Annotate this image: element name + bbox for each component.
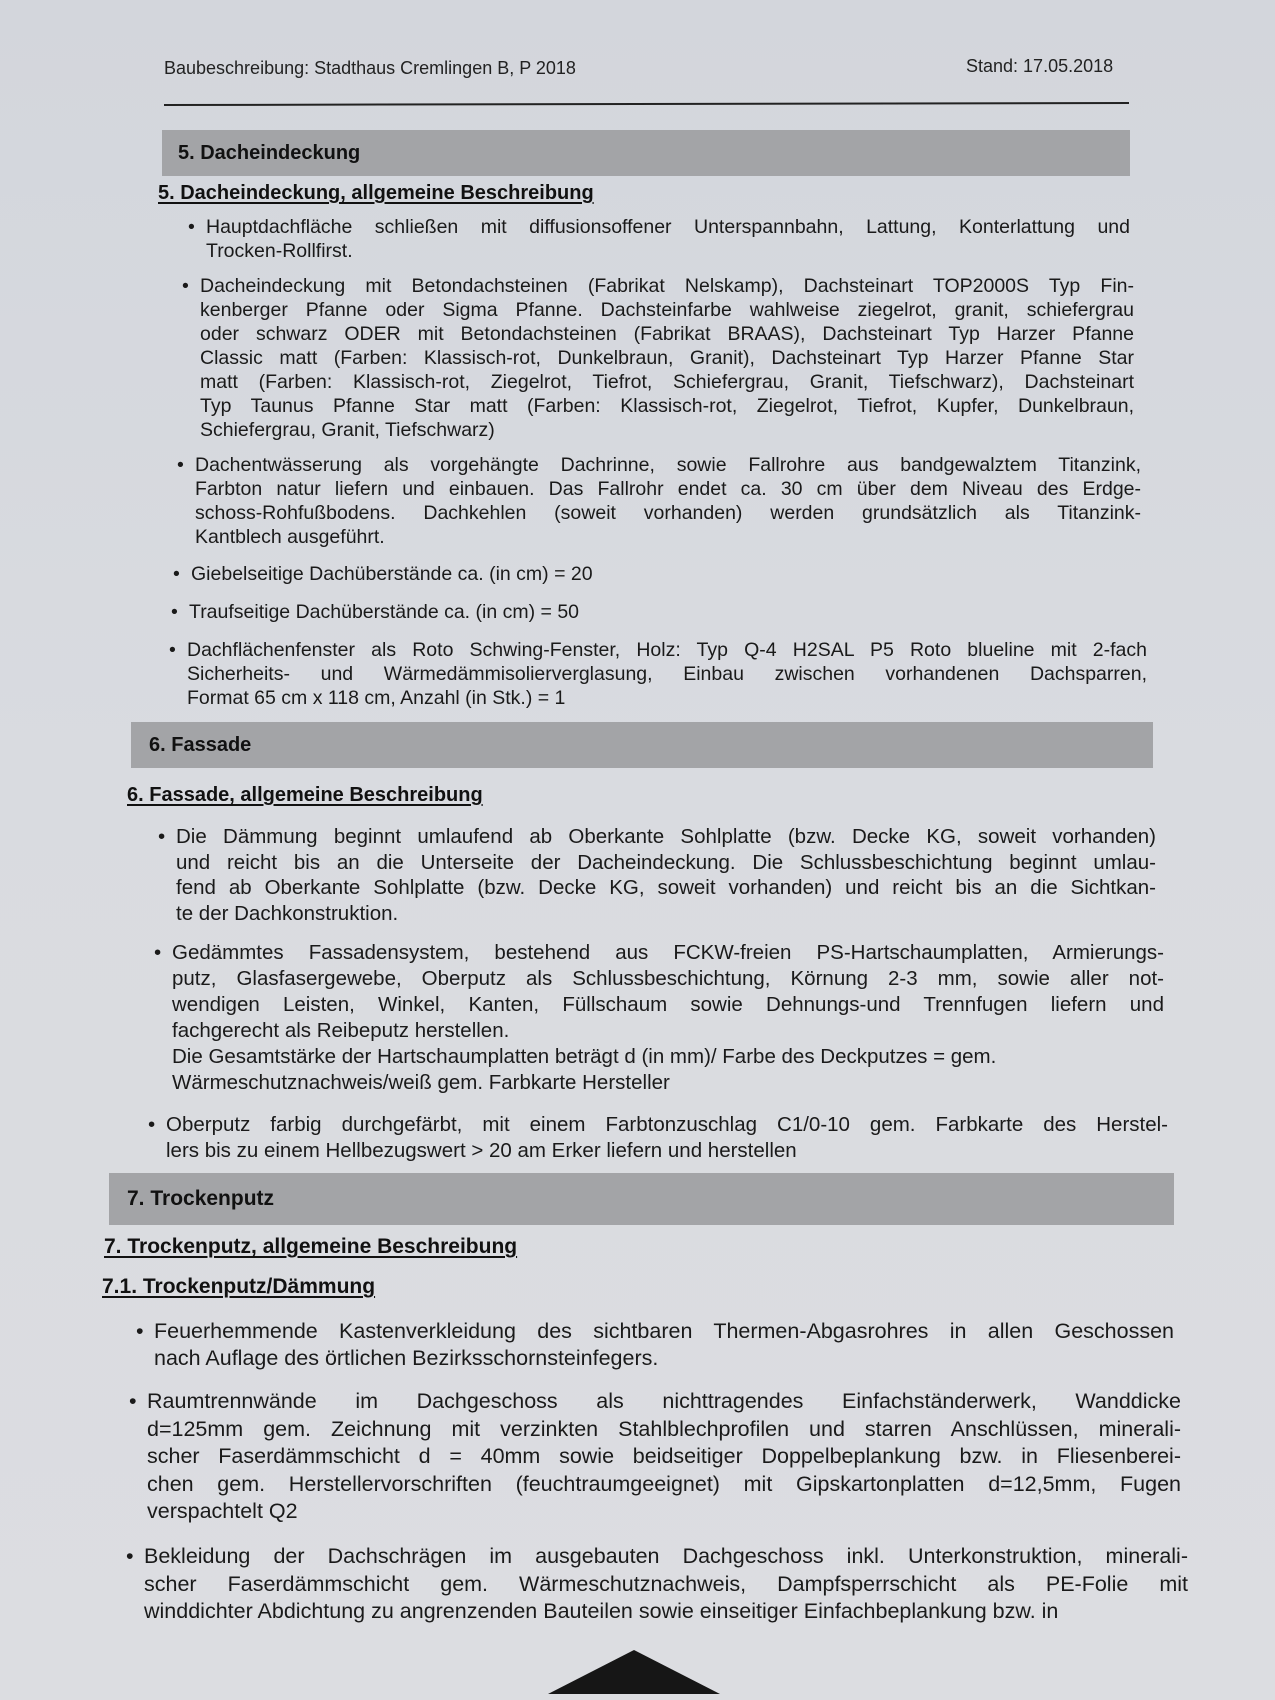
list-item-line: matt (Farben: Klassisch-rot, Ziegelrot, … xyxy=(200,370,1134,394)
list-item: •Gedämmtes Fassadensystem, bestehend aus… xyxy=(172,940,1164,1096)
bullet-icon: • xyxy=(129,1388,137,1416)
list-item-line: verspachtelt Q2 xyxy=(147,1498,1181,1526)
bullet-icon: • xyxy=(126,1543,134,1571)
list-item: •Traufseitige Dachüberstände ca. (in cm)… xyxy=(189,600,1129,624)
bullet-icon: • xyxy=(169,638,176,662)
section-title: 6. Fassade xyxy=(149,734,251,757)
list-item-line: Dachentwässerung als vorgehängte Dachrin… xyxy=(195,453,1141,477)
list-item-line: d=125mm gem. Zeichnung mit verzinkten St… xyxy=(147,1416,1181,1444)
list-item: •Dachflächenfenster als Roto Schwing-Fen… xyxy=(187,638,1147,710)
section-title: 7. Trockenputz xyxy=(127,1187,274,1211)
list-item-line: wendigen Leisten, Winkel, Kanten, Füllsc… xyxy=(172,992,1164,1018)
list-item-line: schoss-Rohfußbodens. Dachkehlen (soweit … xyxy=(195,501,1141,525)
bullet-icon: • xyxy=(154,940,161,966)
list-item: •Raumtrennwände im Dachgeschoss als nich… xyxy=(147,1388,1181,1526)
list-item-line: winddichter Abdichtung zu angrenzenden B… xyxy=(144,1598,1188,1626)
document-page: Baubeschreibung: Stadthaus Cremlingen B,… xyxy=(0,0,1275,1700)
list-item-line: Sicherheits- und Wärmedämmisolierverglas… xyxy=(187,662,1147,686)
list-item-line: nach Auflage des örtlichen Bezirksschorn… xyxy=(154,1345,1174,1372)
list-item-line: Format 65 cm x 118 cm, Anzahl (in Stk.) … xyxy=(187,686,1147,710)
section-subsubheading-7-1: 7.1. Trockenputz/Dämmung xyxy=(102,1275,375,1299)
list-item-line: Farbton natur liefern und einbauen. Das … xyxy=(195,477,1141,501)
list-item-line: putz, Glasfasergewebe, Oberputz als Schl… xyxy=(172,966,1164,992)
list-item-line: fend ab Oberkante Sohlplatte (bzw. Decke… xyxy=(176,875,1156,901)
list-item-line: Bekleidung der Dachschrägen im ausgebaut… xyxy=(144,1543,1188,1571)
section-band-7: 7. Trockenputz xyxy=(109,1173,1174,1225)
list-item-line: oder schwarz ODER mit Betondachsteinen (… xyxy=(200,322,1134,346)
section-subheading-6: 6. Fassade, allgemeine Beschreibung xyxy=(127,784,483,807)
list-item-line: Die Gesamtstärke der Hartschaumplatten b… xyxy=(172,1044,1164,1070)
bullet-icon: • xyxy=(171,600,178,624)
section-band-6: 6. Fassade xyxy=(131,722,1153,768)
section-band-5: 5. Dacheindeckung xyxy=(162,130,1130,176)
list-item-line: Kantblech ausgeführt. xyxy=(195,525,1141,549)
list-item: •Oberputz farbig durchgefärbt, mit einem… xyxy=(166,1112,1168,1164)
list-item-line: Dachflächenfenster als Roto Schwing-Fens… xyxy=(187,638,1147,662)
list-item-line: Traufseitige Dachüberstände ca. (in cm) … xyxy=(189,600,1129,624)
list-item: •Dachentwässerung als vorgehängte Dachri… xyxy=(195,453,1141,549)
section-subheading-7: 7. Trockenputz, allgemeine Beschreibung xyxy=(104,1235,517,1259)
bullet-icon: • xyxy=(148,1112,155,1138)
list-item: •Hauptdachfläche schließen mit diffusion… xyxy=(206,215,1130,263)
list-item-line: Die Dämmung beginnt umlaufend ab Oberkan… xyxy=(176,824,1156,850)
list-item: •Feuerhemmende Kastenverkleidung des sic… xyxy=(154,1318,1174,1372)
section-subheading-5: 5. Dacheindeckung, allgemeine Beschreibu… xyxy=(158,182,594,205)
list-item-line: te der Dachkonstruktion. xyxy=(176,901,1156,927)
bullet-icon: • xyxy=(158,824,165,850)
list-item-line: Schiefergrau, Granit, Tiefschwarz) xyxy=(200,418,1134,442)
list-item: •Die Dämmung beginnt umlaufend ab Oberka… xyxy=(176,824,1156,926)
list-item-line: Feuerhemmende Kastenverkleidung des sich… xyxy=(154,1318,1174,1345)
list-item-line: scher Faserdämmschicht gem. Wärmeschutzn… xyxy=(144,1571,1188,1599)
list-item-line: chen gem. Herstellervorschriften (feucht… xyxy=(147,1471,1181,1499)
list-item-line: Oberputz farbig durchgefärbt, mit einem … xyxy=(166,1112,1168,1138)
list-item-line: Trocken-Rollfirst. xyxy=(206,239,1130,263)
list-item-line: Raumtrennwände im Dachgeschoss als nicht… xyxy=(147,1388,1181,1416)
list-item-line: Gedämmtes Fassadensystem, bestehend aus … xyxy=(172,940,1164,966)
list-item-line: scher Faserdämmschicht d = 40mm sowie be… xyxy=(147,1443,1181,1471)
list-item: •Bekleidung der Dachschrägen im ausgebau… xyxy=(144,1543,1188,1626)
document-date: Stand: 17.05.2018 xyxy=(966,56,1113,77)
list-item-line: Classic matt (Farben: Klassisch-rot, Dun… xyxy=(200,346,1134,370)
list-item-line: Wärmeschutznachweis/weiß gem. Farbkarte … xyxy=(172,1070,1164,1096)
list-item-line: Dacheindeckung mit Betondachsteinen (Fab… xyxy=(200,274,1134,298)
list-item-line: Giebelseitige Dachüberstände ca. (in cm)… xyxy=(191,562,1131,586)
header-divider xyxy=(164,102,1129,106)
triangle-up-icon[interactable] xyxy=(548,1650,720,1694)
document-title: Baubeschreibung: Stadthaus Cremlingen B,… xyxy=(164,58,576,79)
list-item: •Dacheindeckung mit Betondachsteinen (Fa… xyxy=(200,274,1134,442)
list-item-line: lers bis zu einem Hellbezugswert > 20 am… xyxy=(166,1138,1168,1164)
section-title: 5. Dacheindeckung xyxy=(178,142,360,165)
bullet-icon: • xyxy=(173,562,180,586)
list-item-line: Typ Taunus Pfanne Star matt (Farben: Kla… xyxy=(200,394,1134,418)
list-item-line: Hauptdachfläche schließen mit diffusions… xyxy=(206,215,1130,239)
list-item-line: und reicht bis an die Unterseite der Dac… xyxy=(176,850,1156,876)
bullet-icon: • xyxy=(136,1318,144,1345)
list-item: •Giebelseitige Dachüberstände ca. (in cm… xyxy=(191,562,1131,586)
list-item-line: kenberger Pfanne oder Sigma Pfanne. Dach… xyxy=(200,298,1134,322)
bullet-icon: • xyxy=(177,453,184,477)
bullet-icon: • xyxy=(188,215,195,239)
bullet-icon: • xyxy=(182,274,189,298)
list-item-line: fachgerecht als Reibeputz herstellen. xyxy=(172,1018,1164,1044)
